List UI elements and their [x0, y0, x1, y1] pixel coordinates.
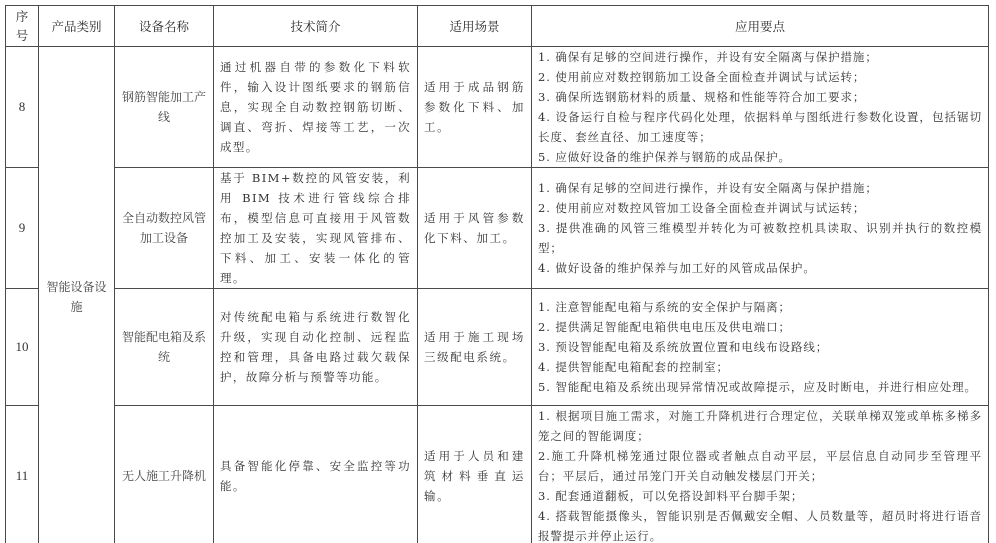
device-name: 全自动数控风管加工设备: [115, 168, 214, 289]
table-header-row: 序号 产品类别 设备名称 技术简介 适用场景 应用要点: [6, 6, 989, 47]
key-points: 1. 根据项目施工需求，对施工升降机进行合理定位，关联单梯双笼或单栋多梯多笼之间…: [532, 406, 989, 543]
device-name: 钢筋智能加工产线: [115, 47, 214, 168]
key-point-item: 5. 智能配电箱及系统出现异常情况或故障提示，应及时断电，并进行相应处理。: [538, 377, 982, 397]
key-point-item: 4. 做好设备的维护保养与加工好的风管成品保护。: [538, 258, 982, 278]
row-seq: 8: [6, 47, 39, 168]
key-point-item: 5. 应做好设备的维护保养与钢筋的成品保护。: [538, 147, 982, 167]
key-point-item: 4. 设备运行自检与程序代码化处理，依据料单与图纸进行参数化设置，包括锯切长度、…: [538, 107, 982, 147]
table-row: 9 全自动数控风管加工设备 基于 BIM+数控的风管安装，利用 BIM 技术进行…: [6, 168, 989, 289]
scenario: 适用于风管参数化下料、加工。: [418, 168, 532, 289]
key-points: 1. 注意智能配电箱与系统的安全保护与隔离； 2. 提供满足智能配电箱供电电压及…: [532, 289, 989, 406]
scenario: 适用于成品钢筋参数化下料、加工。: [418, 47, 532, 168]
header-scenario: 适用场景: [418, 6, 532, 47]
tech-intro: 具备智能化停靠、安全监控等功能。: [214, 406, 418, 543]
row-seq: 9: [6, 168, 39, 289]
key-point-item: 2. 提供满足智能配电箱供电电压及供电端口；: [538, 317, 982, 337]
table-row: 8 智能设备设施 钢筋智能加工产线 通过机器自带的参数化下料软件，输入设计图纸要…: [6, 47, 989, 168]
key-points: 1. 确保有足够的空间进行操作，并设有安全隔离与保护措施； 2. 使用前应对数控…: [532, 168, 989, 289]
key-point-item: 2.施工升降机梯笼通过限位器或者触点自动平层，平层信息自动同步至管理平台；平层后…: [538, 446, 982, 486]
header-tech-intro: 技术简介: [214, 6, 418, 47]
product-category-cell: 智能设备设施: [39, 47, 115, 543]
header-key-points: 应用要点: [532, 6, 989, 47]
key-point-item: 2. 使用前应对数控钢筋加工设备全面检查并调试与试运转；: [538, 67, 982, 87]
header-seq: 序号: [6, 6, 39, 47]
tech-intro: 基于 BIM+数控的风管安装，利用 BIM 技术进行管线综合排布，模型信息可直接…: [214, 168, 418, 289]
tech-intro: 通过机器自带的参数化下料软件，输入设计图纸要求的钢筋信息，实现全自动数控钢筋切断…: [214, 47, 418, 168]
row-seq: 10: [6, 289, 39, 406]
table-row: 11 无人施工升降机 具备智能化停靠、安全监控等功能。 适用于人员和建筑材料垂直…: [6, 406, 989, 543]
scenario: 适用于施工现场三级配电系统。: [418, 289, 532, 406]
equipment-spec-table: 序号 产品类别 设备名称 技术简介 适用场景 应用要点 8 智能设备设施 钢筋智…: [5, 5, 989, 543]
table-row: 10 智能配电箱及系统 对传统配电箱与系统进行数智化升级，实现自动化控制、远程监…: [6, 289, 989, 406]
key-point-item: 3. 预设智能配电箱及系统放置位置和电线布设路线；: [538, 337, 982, 357]
tech-intro: 对传统配电箱与系统进行数智化升级，实现自动化控制、远程监控和管理，具备电路过载欠…: [214, 289, 418, 406]
key-point-item: 3. 配套通道翻板，可以免搭设卸料平台脚手架；: [538, 486, 982, 506]
header-device-name: 设备名称: [115, 6, 214, 47]
key-point-item: 1. 确保有足够的空间进行操作，并设有安全隔离与保护措施；: [538, 178, 982, 198]
device-name: 无人施工升降机: [115, 406, 214, 543]
key-point-item: 1. 根据项目施工需求，对施工升降机进行合理定位，关联单梯双笼或单栋多梯多笼之间…: [538, 406, 982, 446]
key-point-item: 4. 提供智能配电箱配套的控制室；: [538, 357, 982, 377]
device-name: 智能配电箱及系统: [115, 289, 214, 406]
key-point-item: 1. 确保有足够的空间进行操作，并设有安全隔离与保护措施；: [538, 47, 982, 67]
key-point-item: 3. 确保所选钢筋材料的质量、规格和性能等符合加工要求；: [538, 87, 982, 107]
key-points: 1. 确保有足够的空间进行操作，并设有安全隔离与保护措施； 2. 使用前应对数控…: [532, 47, 989, 168]
key-point-item: 1. 注意智能配电箱与系统的安全保护与隔离；: [538, 297, 982, 317]
key-point-item: 3. 提供准确的风管三维模型并转化为可被数控机具读取、识别并执行的数控模型；: [538, 218, 982, 258]
key-point-item: 2. 使用前应对数控风管加工设备全面检查并调试与试运转；: [538, 198, 982, 218]
header-category: 产品类别: [39, 6, 115, 47]
row-seq: 11: [6, 406, 39, 543]
scenario: 适用于人员和建筑材料垂直运输。: [418, 406, 532, 543]
key-point-item: 4. 搭载智能摄像头，智能识别是否佩戴安全帽、人员数量等，超员时将进行语音报警提…: [538, 506, 982, 543]
